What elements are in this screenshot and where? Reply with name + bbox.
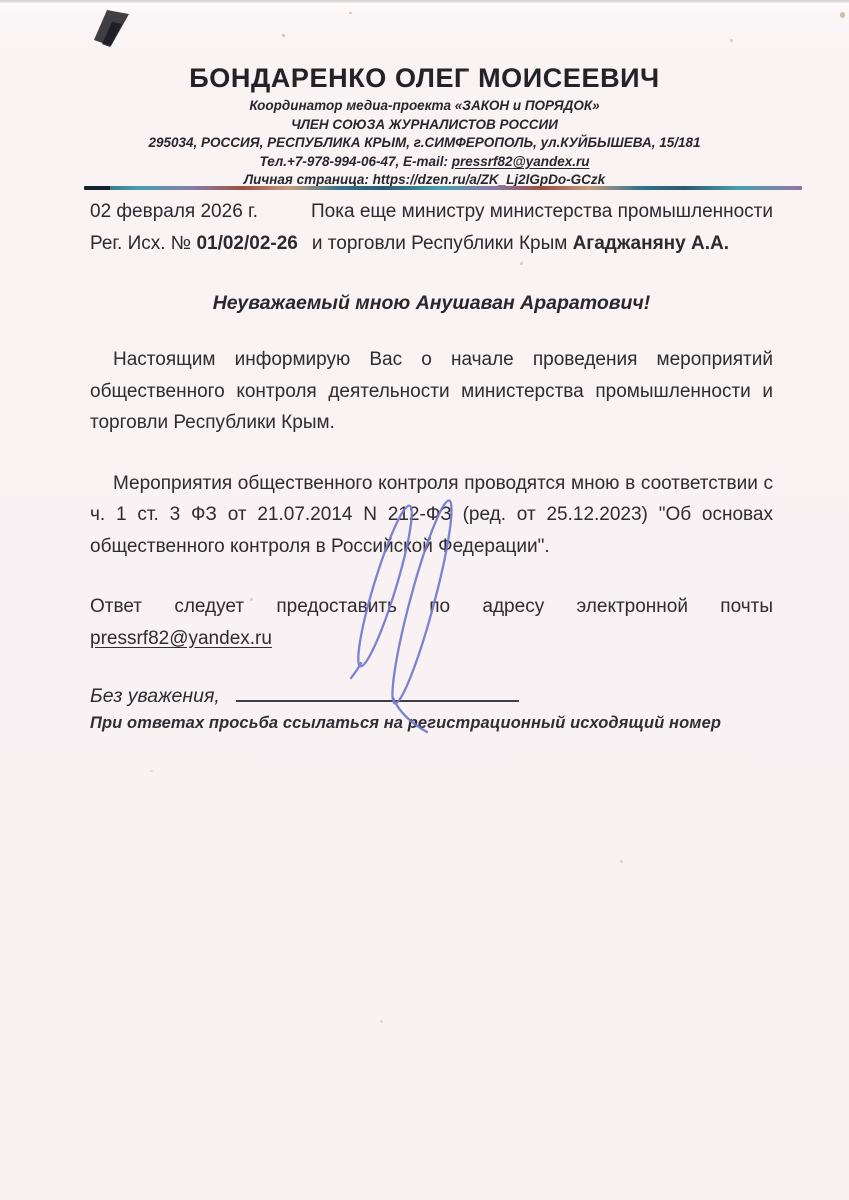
addressee-name: Агаджаняну А.А. bbox=[573, 233, 729, 254]
letterhead-role: Координатор медиа-проекта «ЗАКОН и ПОРЯД… bbox=[0, 97, 849, 116]
paper-speck bbox=[620, 860, 623, 863]
salutation: Неуважаемый мною Анушаван Араратович! bbox=[90, 292, 773, 315]
tricolor-separator-line bbox=[84, 186, 802, 190]
reg-value: 01/02/02-26 bbox=[196, 233, 297, 254]
reg-number: Рег. Исх. № 01/02/02-26 bbox=[90, 228, 298, 260]
addressee-prefix: и торговли Республики Крым bbox=[312, 233, 573, 254]
letter-date: 02 февраля 2026 г. bbox=[90, 196, 258, 228]
phone-label: Тел.+7-978-994-06-47, E-mail: bbox=[259, 154, 451, 169]
addressee-line-1: Пока еще министру министерства промышлен… bbox=[311, 196, 773, 228]
paper-speck bbox=[282, 34, 285, 37]
date-addressee-row: 02 февраля 2026 г. Пока еще министру мин… bbox=[90, 196, 773, 228]
scan-edge-artifact bbox=[0, 0, 849, 3]
paragraph-3: Ответ следует предоставить по адресу эле… bbox=[90, 591, 773, 654]
reg-number-row: Рег. Исх. № 01/02/02-26 и торговли Респу… bbox=[90, 228, 773, 260]
signoff-row: Без уважения, bbox=[90, 685, 773, 708]
letterhead-email-link: pressrf82@yandex.ru bbox=[452, 154, 590, 169]
signature-line bbox=[236, 686, 519, 702]
letterhead-membership: ЧЛЕН СОЮЗА ЖУРНАЛИСТОВ РОССИИ bbox=[0, 116, 849, 135]
letterhead-contacts: Тел.+7-978-994-06-47, E-mail: pressrf82@… bbox=[0, 153, 849, 172]
footnote: При ответах просьба ссылаться на регистр… bbox=[90, 714, 773, 733]
letterhead-address: 295034, РОССИЯ, РЕСПУБЛИКА КРЫМ, г.СИМФЕ… bbox=[0, 134, 849, 153]
paper-speck bbox=[840, 12, 845, 18]
paragraph-2: Мероприятия общественного контроля прово… bbox=[90, 468, 773, 563]
paper-speck bbox=[730, 39, 733, 42]
scanned-letter-page: БОНДАРЕНКО ОЛЕГ МОИСЕЕВИЧ Координатор ме… bbox=[0, 0, 849, 1200]
paper-speck bbox=[380, 1020, 383, 1023]
letter-body: 02 февраля 2026 г. Пока еще министру мин… bbox=[90, 196, 773, 733]
reg-label: Рег. Исх. № bbox=[90, 233, 196, 254]
paper-speck bbox=[349, 12, 352, 14]
addressee-line-2: и торговли Республики Крым Агаджаняну А.… bbox=[312, 228, 729, 260]
signoff-text: Без уважения, bbox=[90, 685, 220, 707]
personal-page-label: Личная страница: bbox=[244, 172, 373, 187]
scan-ink-mark bbox=[88, 8, 138, 53]
letterhead-name: БОНДАРЕНКО ОЛЕГ МОИСЕЕВИЧ bbox=[0, 62, 849, 94]
paper-speck bbox=[465, 70, 469, 72]
reply-email-link: pressrf82@yandex.ru bbox=[90, 628, 272, 649]
paragraph-1: Настоящим информирую Вас о начале провед… bbox=[90, 344, 773, 439]
paper-speck bbox=[150, 770, 153, 772]
reply-instruction: Ответ следует предоставить по адресу эле… bbox=[90, 591, 773, 623]
personal-page-url-link: https://dzen.ru/a/ZK_Lj2lGpDo-GCzk bbox=[373, 172, 606, 187]
